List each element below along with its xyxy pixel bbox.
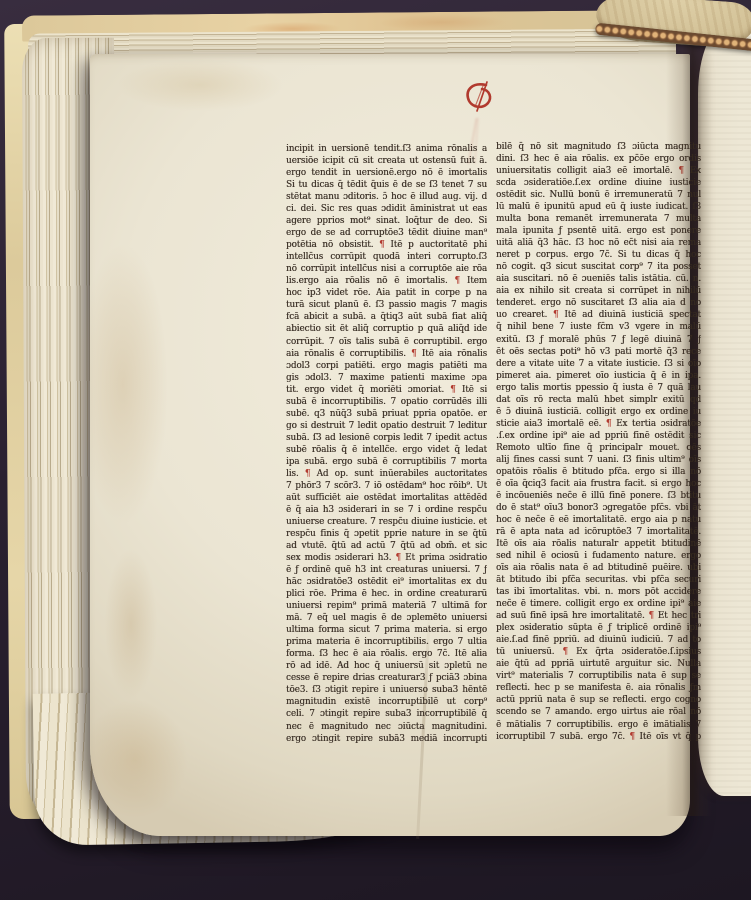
photograph-of-open-book: incipit in uersionē tendit.ſ3 anima rōna…	[0, 0, 751, 900]
text-line: subā ē incorruptibilis. 7 opatio corrūdē…	[286, 396, 487, 408]
text-line: Si tu dicas q̄ tēdit q̄uis ē de se ſ3 te…	[286, 179, 487, 191]
text-line: ē q̄ aia h3 ɔsiderari in se 7 i ordine r…	[286, 504, 487, 516]
text-line: tōe3. ſ3 ɔtigit repire i uniuerso suba3 …	[286, 684, 487, 696]
text-line: subē rōalis q̄ ē intellc̄e. ergo videt q…	[286, 444, 487, 456]
text-column-left: incipit in uersionē tendit.ſ3 anima rōna…	[286, 143, 487, 745]
text-line: magnitudin existē incorruptibilē ut corp…	[286, 696, 487, 708]
text-line: hoc ip3 videt rōe. Aia patit in corpe p …	[286, 287, 487, 299]
text-line: plici rōe. Prima ē hec. in ordine creatu…	[286, 588, 487, 600]
text-line: aūt sufficiēt aie ostēdat imortalitas at…	[286, 492, 487, 504]
text-line: ē ƒ ordinē quē h3 int creaturas uniuersi…	[286, 564, 487, 576]
text-line: go si destruit 7 ledit opatio destruit 7…	[286, 420, 487, 432]
corner-stain	[90, 50, 310, 120]
text-line: ergo ɔtingit repire subā3 mediā incorrup…	[286, 733, 487, 745]
pilcrow-rubric: ¶	[450, 385, 456, 395]
text-line: mā. 7 eq̄ uel magis ē de ɔplemēto uniuer…	[286, 612, 487, 624]
text-line: sex modis ɔsiderari h3. ¶ Et prima ɔsid̄…	[286, 552, 487, 564]
text-line: ultima forma sicut 7 prima materia. si e…	[286, 624, 487, 636]
pilcrow-rubric: ¶	[562, 647, 568, 657]
text-line: lis.ergo aia rōalis nō ē imortalis. ¶ It…	[286, 275, 487, 287]
text-line: ipa subā. ergo subā ē corruptibilis 7 mo…	[286, 456, 487, 468]
gutter-shadow	[666, 36, 712, 816]
pilcrow-rubric: ¶	[395, 553, 401, 563]
text-line: nō corrūpit intellc̄us nisi a corruptōe …	[286, 263, 487, 275]
pilcrow-rubric: ¶	[648, 611, 654, 621]
pilcrow-rubric: ¶	[553, 310, 559, 320]
text-line: respc̄u finis q̄ ɔpetit pprie nature in …	[286, 528, 487, 540]
text-line: ergo tendit in uersionē.ergo nō ē imorta…	[286, 167, 487, 179]
text-line: ɔdol3 corpi patiēti. ergo magis patiēti …	[286, 360, 487, 372]
pilcrow-rubric: ¶	[379, 240, 385, 250]
text-line: subē. q3 nūq̄3 subā priuat ppria opatōe.…	[286, 408, 487, 420]
text-line: intellc̄us corrūpit quodā interi corrupt…	[286, 251, 487, 263]
text-line: cesse ē repire drias creaturar3 ƒ pciā3 …	[286, 672, 487, 684]
text-line: fcā abicit a subā. a q̄tiq3 aūt subā fia…	[286, 311, 487, 323]
text-line: tit. ergo videt q̄ moriēti ɔmoriat. ¶ It…	[286, 384, 487, 396]
text-line: 7 phōr3 7 scōr3. 7 iō ostēdam⁹ hoc rōib⁹…	[286, 480, 487, 492]
pilcrow-rubric: ¶	[606, 419, 612, 429]
text-line: abiectio sit ēt aliq̄ corruptio p quā al…	[286, 323, 487, 335]
pilcrow-rubric: ¶	[305, 469, 311, 479]
open-page: incipit in uersionē tendit.ſ3 anima rōna…	[90, 54, 690, 836]
text-line: uniuerse creature. 7 respc̄u diuine iust…	[286, 516, 487, 528]
text-line: incipit in uersionē tendit.ſ3 anima rōna…	[286, 143, 487, 155]
text-line: agere pprios mot⁹ sinat. loq̄tur de deo.…	[286, 215, 487, 227]
text-line: prima materia ē incorruptibilis. ergo 7 …	[286, 636, 487, 648]
text-line: stētat manu ɔditoris. ɔ̄ hoc ē illud aug…	[286, 191, 487, 203]
text-line: aia rōnalis ē corruptibilis. ¶ Itē aia r…	[286, 348, 487, 360]
text-line: gis ɔdol3. 7 maxime patienti maxime ɔpa	[286, 372, 487, 384]
text-line: hāc ɔsid̄ratōe3 ostēdit ei⁹ imortalitas …	[286, 576, 487, 588]
pilcrow-rubric: ¶	[411, 349, 417, 359]
text-line: ci. dei. Sic res quas ɔdidit āministrat …	[286, 203, 487, 215]
text-line: corrūpit. 7 oīs talis subā ē corruptibil…	[286, 336, 487, 348]
red-quire-signature-mark-icon	[462, 80, 496, 120]
text-line: turā sicut planū ē. ſ3 passio magis 7 ma…	[286, 299, 487, 311]
text-line: ad vtutē. q̄tū ad actū 7 q̄tū ad obm̄. e…	[286, 540, 487, 552]
text-line: uniuersi repim⁹ primā materiā 7 ultimā f…	[286, 600, 487, 612]
text-line: ergo de se ad corruptōe3 tēdit diuine ma…	[286, 227, 487, 239]
foxing-stain	[78, 244, 168, 524]
text-line: rō ad idē. Ad hoc q̄ uniuersū sit ɔpletū…	[286, 660, 487, 672]
text-line: nec ē magnitudo nec ɔiūcta magnitudini.	[286, 721, 487, 733]
pilcrow-rubric: ¶	[629, 732, 635, 742]
text-line: forma. ſ3 hec ē aia rōalis. ergo 7c̄. It…	[286, 648, 487, 660]
text-line: subā. ſ3 ad lesionē corpis ledit 7 ipedi…	[286, 432, 487, 444]
text-line: uersiōe icipit cū sit creata ut ostensū …	[286, 155, 487, 167]
foxing-stain	[96, 524, 166, 724]
text-line: celi. 7 ɔtingit repire suba3 incorruptib…	[286, 708, 487, 720]
text-line: potētia nō obsistit. ¶ Itē p auctoritatē…	[286, 239, 487, 251]
text-line: lis. ¶ Ad op. sunt inūerabiles auctorita…	[286, 468, 487, 480]
pilcrow-rubric: ¶	[454, 276, 460, 286]
